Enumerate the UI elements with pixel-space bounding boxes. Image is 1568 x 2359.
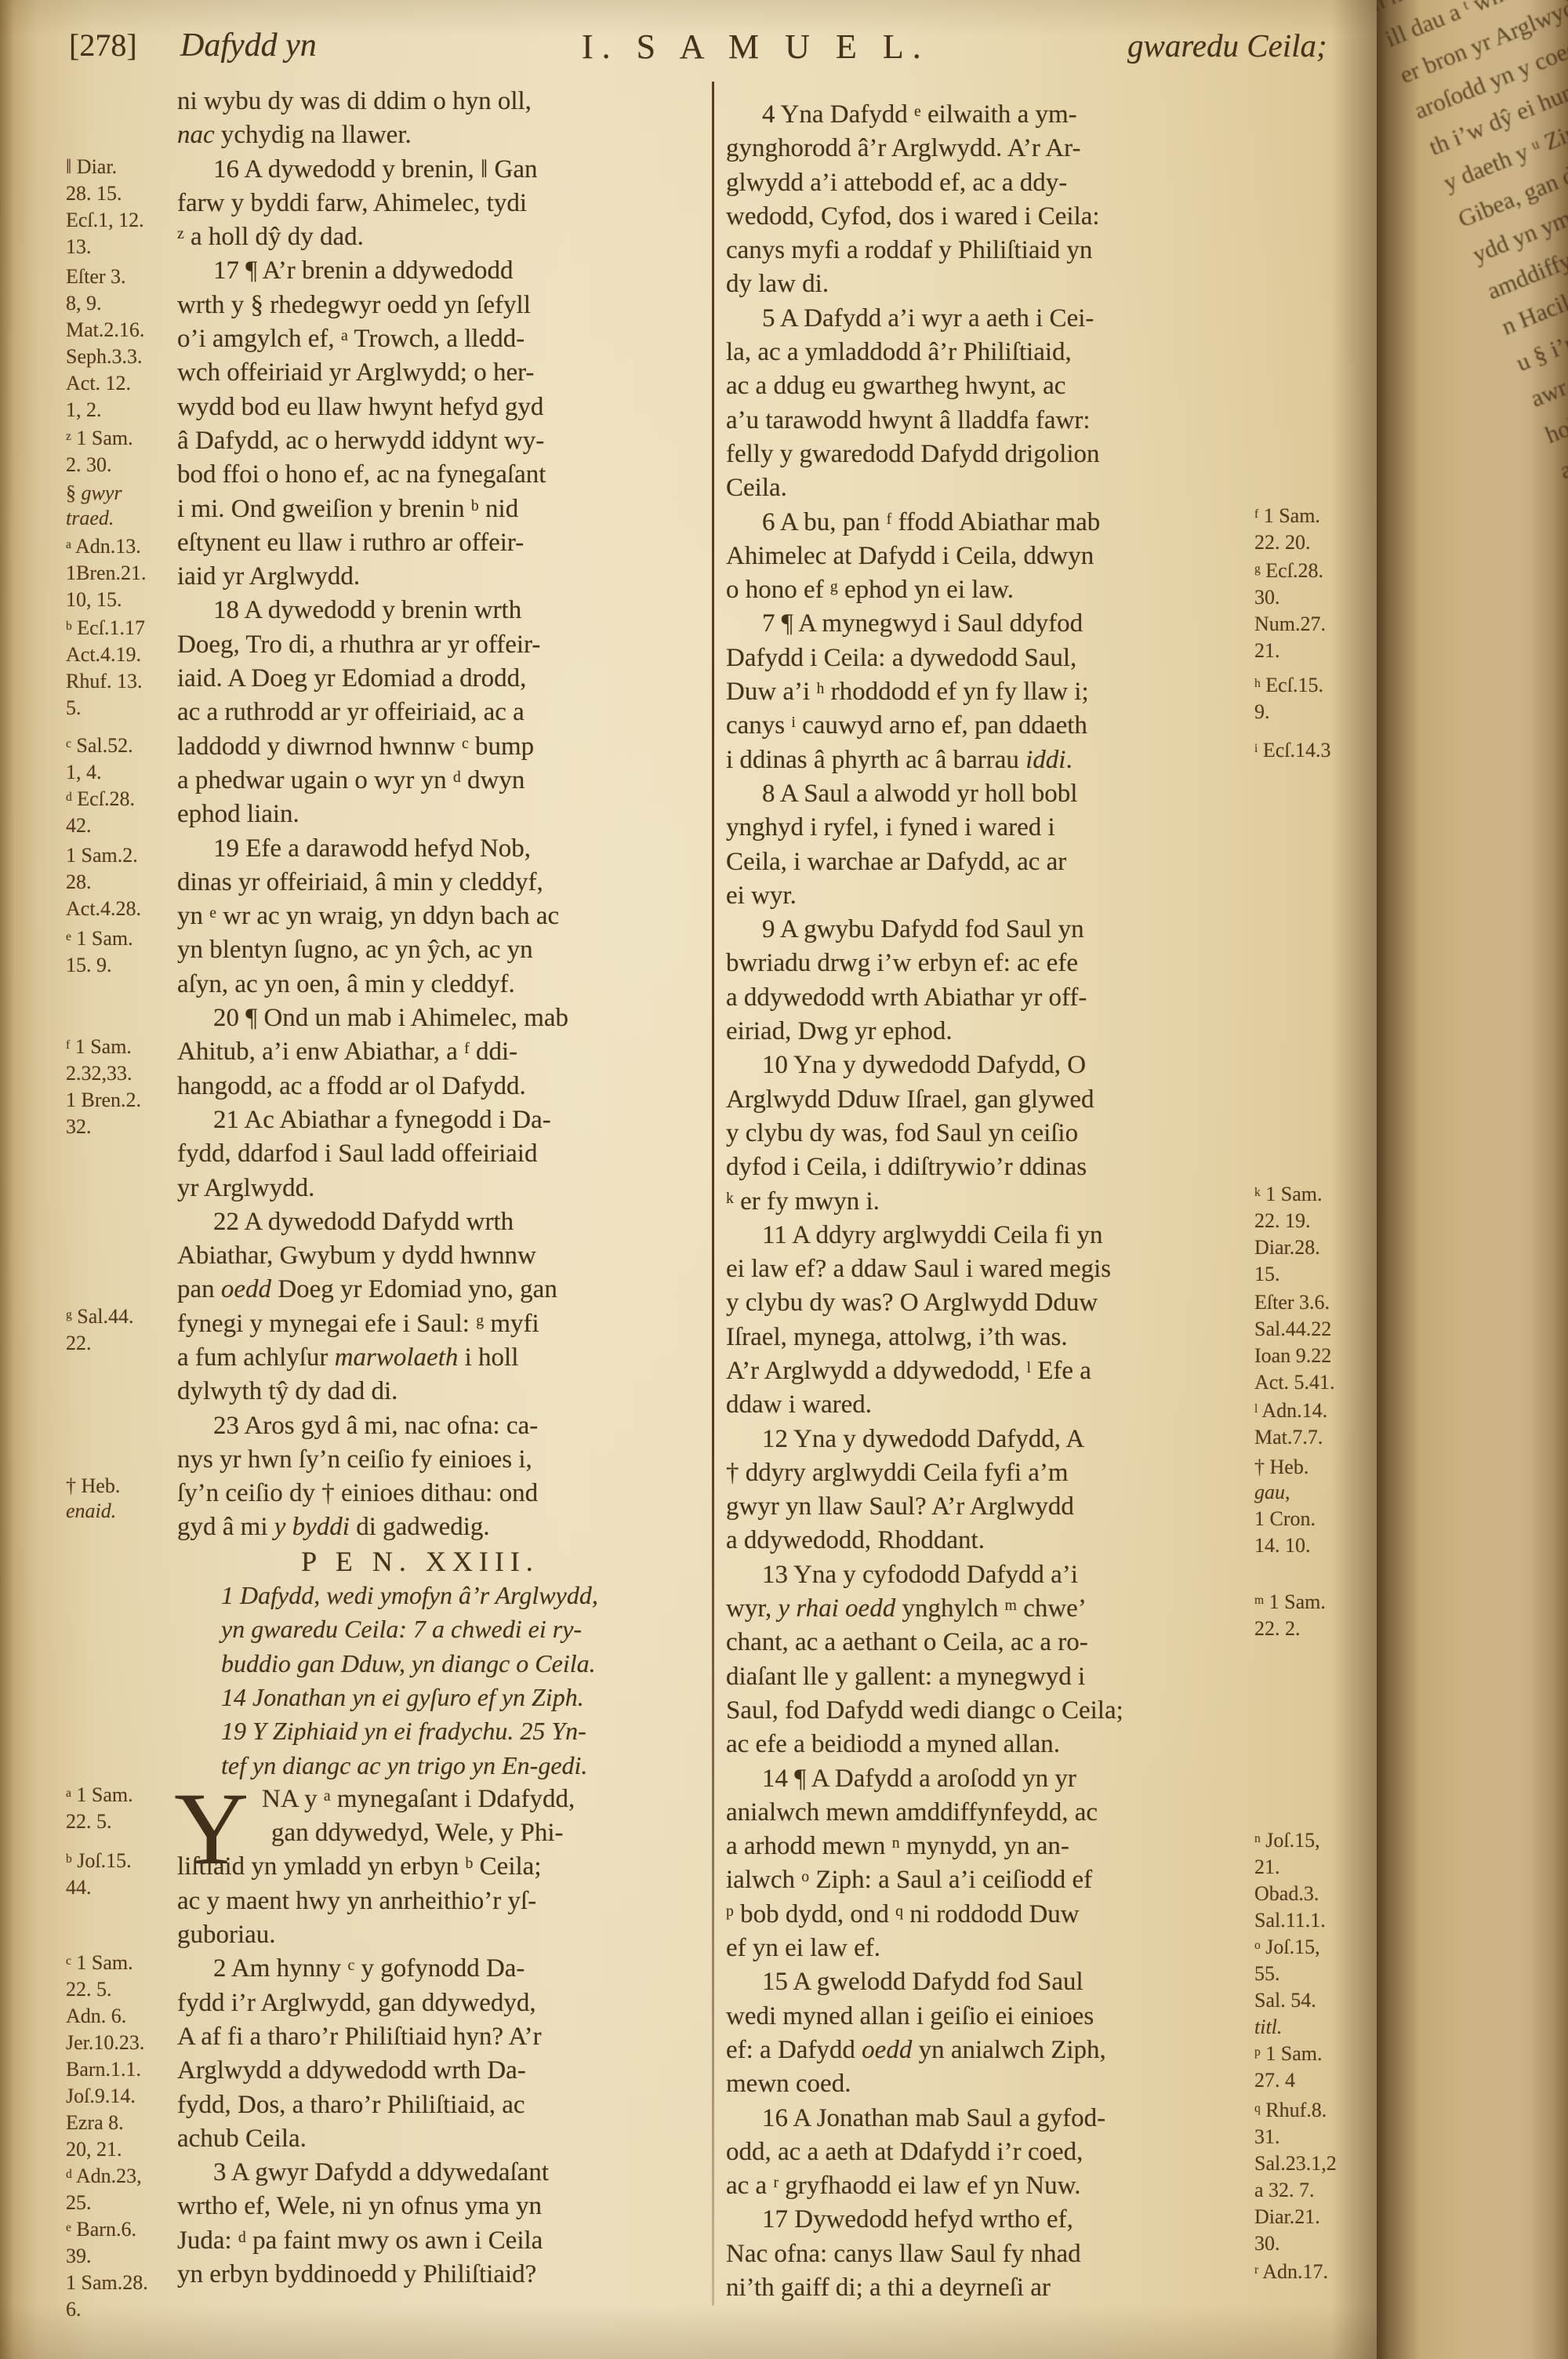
text-line: a arhodd mewn n mynydd, yn an-: [726, 1830, 1250, 1863]
margin-note: Joſ.9.14.: [66, 2086, 136, 2106]
text-line: chant, ac a aethant o Ceila, ac a ro-: [726, 1626, 1250, 1659]
text-line: â Dafydd, ac o herwydd iddynt wy-: [177, 424, 710, 458]
text-line: Ceila.: [726, 471, 1250, 505]
text-line: glwydd a’i attebodd ef, ac a ddy-: [726, 166, 1250, 200]
text-line: farw y byddi farw, Ahimelec, tydi: [177, 187, 710, 220]
margin-note: Jer.10.23.: [66, 2033, 144, 2053]
text-line: buddio gan Dduw, yn diangc o Ceila.: [177, 1647, 710, 1681]
text-line: 23 Aros gyd â mi, nac ofna: ca-: [177, 1409, 710, 1443]
margin-note: b Ecſ.1.17: [66, 618, 145, 638]
margin-note: 44.: [66, 1877, 92, 1898]
margin-note: f 1 Sam.: [66, 1037, 132, 1057]
text-line: wedodd, Cyfod, dos i wared i Ceila:: [726, 200, 1250, 234]
text-line: 2 Am hynny c y gofynodd Da-: [177, 1952, 710, 1986]
text-line: ef yn ei law ef.: [726, 1932, 1250, 1965]
margin-note: 2.32,33.: [66, 1063, 132, 1084]
text-line: a phedwar ugain o wyr yn d dwyn: [177, 764, 710, 798]
text-line: anialwch mewn amddiffynfeydd, ac: [726, 1796, 1250, 1830]
text-line: a ddywedodd, Rhoddant.: [726, 1524, 1250, 1558]
text-line: yn blentyn ſugno, ac yn ŷch, ac yn: [177, 933, 710, 967]
gutter-fold-shadow: [1331, 0, 1377, 2359]
margin-note: c 1 Sam.: [66, 1953, 133, 1973]
margin-note: h Ecſ.15.: [1254, 675, 1323, 696]
margin-note: o Joſ.15,: [1254, 1937, 1320, 1957]
margin-note: Act.4.28.: [66, 899, 141, 919]
text-line: ei wyr.: [726, 879, 1250, 913]
margin-note: 28.: [66, 872, 92, 892]
text-line: z a holl dŷ dy dad.: [177, 220, 710, 254]
text-line: yn e wr ac yn wraig, yn ddyn bach ac: [177, 900, 710, 933]
margin-note: 22. 2.: [1254, 1619, 1301, 1639]
text-line: ac a ruthrodd ar yr offeiriaid, ac a: [177, 696, 710, 729]
text-line: dy law di.: [726, 267, 1250, 301]
margin-note: c Sal.52.: [66, 736, 133, 756]
text-line: o hono ef g ephod yn ei law.: [726, 573, 1250, 607]
margin-note: Sal.44.22: [1254, 1319, 1331, 1339]
text-line: p bob dydd, ond q ni roddodd Duw: [726, 1898, 1250, 1932]
text-line: yn erbyn byddinoedd y Philiſtiaid?: [177, 2258, 710, 2292]
text-line: Arglwydd Dduw Iſrael, gan glywed: [726, 1083, 1250, 1117]
margin-note: 32.: [66, 1117, 92, 1137]
text-line: achub Ceila.: [177, 2122, 710, 2156]
text-line: wrtho ef, Wele, ni yn ofnus yma yn: [177, 2190, 710, 2223]
text-line: 4 Yna Dafydd e eilwaith a ym-: [726, 98, 1250, 132]
margin-note: Sal.23.1,2: [1254, 2154, 1337, 2174]
margin-note: 22. 5.: [66, 1812, 112, 1832]
margin-note: a 32. 7.: [1254, 2180, 1315, 2201]
text-line: 9 A gwybu Dafydd fod Saul yn: [726, 913, 1250, 947]
text-line: Juda: d pa faint mwy os awn i Ceila: [177, 2224, 710, 2258]
text-line: Ahimelec at Dafydd i Ceila, ddwyn: [726, 540, 1250, 573]
text-line: canys myfi a roddaf y Philiſtiaid yn: [726, 234, 1250, 267]
text-line: wedi myned allan i geiſio ei einioes: [726, 2000, 1250, 2034]
text-line: yn gwaredu Ceila: 7 a chwedi ei ry-: [177, 1612, 710, 1646]
margin-note: Ioan 9.22: [1254, 1346, 1331, 1366]
margin-note: 1, 2.: [66, 400, 102, 420]
text-line: wydd bod eu llaw hwynt hefyd gyd: [177, 391, 710, 424]
page-number: [278]: [69, 27, 137, 64]
text-line: ni’th gaiff di; a thi a deyrneſi ar: [726, 2271, 1250, 2305]
text-line: Dafydd i Ceila: a dywedodd Saul,: [726, 642, 1250, 675]
margin-note: q Rhuf.8.: [1254, 2100, 1327, 2121]
text-line: 7 ¶ A mynegwyd i Saul ddyfod: [726, 607, 1250, 641]
text-line: eſtynent eu llaw i ruthro ar offeir-: [177, 526, 710, 560]
text-line: ephod liain.: [177, 798, 710, 831]
margin-note: Act. 12.: [66, 373, 131, 394]
text-line: 1 Dafydd, wedi ymofyn â’r Arglwydd,: [177, 1579, 710, 1612]
text-line: 10 Yna y dywedodd Dafydd, O: [726, 1049, 1250, 1082]
margin-note: 2. 30.: [66, 455, 112, 475]
margin-note: 27. 4: [1254, 2070, 1295, 2091]
margin-note: 6.: [66, 2299, 82, 2320]
text-line: 14 ¶ A Dafydd a aroſodd yn yr: [726, 1762, 1250, 1796]
right-text-column: 4 Yna Dafydd e eilwaith a ym-gynghorodd …: [726, 98, 1250, 2305]
drop-cap-initial: Y: [174, 1777, 249, 1881]
text-line: Arglwydd a ddywedodd wrth Da-: [177, 2054, 710, 2088]
margin-note: Eſter 3.: [66, 267, 126, 287]
text-line: pan oedd Doeg yr Edomiad yno, gan: [177, 1273, 710, 1307]
margin-note: i Ecſ.14.3: [1254, 740, 1331, 761]
text-line: † ddyry arglwyddi Ceila fyfi a’m: [726, 1456, 1250, 1490]
margin-note: Eſter 3.6.: [1254, 1292, 1330, 1313]
margin-note: 13.: [66, 237, 92, 257]
margin-note: Diar.21.: [1254, 2207, 1320, 2227]
text-line: ni wybu dy was di ddim o hyn oll,: [177, 85, 710, 118]
text-line: 3 A gwyr Dafydd a ddywedaſant: [177, 2156, 710, 2190]
text-line: Ahitub, a’i enw Abiathar, a f ddi-: [177, 1035, 710, 1069]
text-line: odd, ac a aeth at Ddafydd i’r coed,: [726, 2135, 1250, 2169]
text-line: ſy’n ceiſio dy † einioes dithau: ond: [177, 1477, 710, 1510]
text-line: ei law ef? a ddaw Saul i wared megis: [726, 1252, 1250, 1286]
margin-note: 5.: [66, 698, 82, 718]
margin-note: m 1 Sam.: [1254, 1592, 1326, 1612]
text-line: y clybu dy was, fod Saul yn ceiſio: [726, 1117, 1250, 1150]
margin-note: Mat.7.7.: [1254, 1427, 1323, 1448]
text-line: ac a r gryfhaodd ei law ef yn Nuw.: [726, 2169, 1250, 2203]
margin-note: † Heb.: [1254, 1457, 1308, 1478]
text-line: laddodd y diwrnod hwnnw c bump: [177, 730, 710, 764]
text-line: dyfod i Ceila, i ddiſtrywio’r ddinas: [726, 1150, 1250, 1184]
margin-note: p 1 Sam.: [1254, 2044, 1323, 2064]
text-line: k er fy mwyn i.: [726, 1185, 1250, 1219]
text-line: canys i cauwyd arno ef, pan ddaeth: [726, 709, 1250, 743]
text-line: 6 A bu, pan f ffodd Abiathar mab: [726, 506, 1250, 540]
text-line: ynghyd i ryfel, i fyned i wared i: [726, 811, 1250, 845]
text-line: 19 Efe a darawodd hefyd Nob,: [177, 832, 710, 866]
text-line: 16 A Jonathan mab Saul a gyfod-: [726, 2102, 1250, 2135]
margin-note: 21.: [1254, 641, 1280, 661]
text-line: 17 ¶ A’r brenin a ddywedodd: [177, 254, 710, 288]
text-line: a’u tarawodd hwynt â lladdfa fawr:: [726, 404, 1250, 438]
text-line: wyr, y rhai oedd ynghylch m chwe’: [726, 1592, 1250, 1626]
margin-note: d Adn.23,: [66, 2166, 142, 2186]
running-title-left: Dafydd yn: [180, 27, 317, 64]
margin-note: g Sal.44.: [66, 1307, 134, 1327]
margin-note: 31.: [1254, 2127, 1280, 2147]
curl-shading: [1377, 0, 1568, 2359]
margin-note: b Joſ.15.: [66, 1851, 132, 1871]
book-photo: { "colors":{"paper":"#e8d9b6","paper_edg…: [0, 0, 1568, 2359]
margin-note: r Adn.17.: [1254, 2262, 1328, 2282]
margin-note: 39.: [66, 2246, 92, 2266]
book-title: I. S A M U E L.: [582, 27, 930, 67]
text-line: fydd, ddarfod i Saul ladd offeiriaid: [177, 1137, 710, 1171]
next-page-curl: Saul fyn hefyd.ill dau a t wnaethaer bro…: [1377, 0, 1568, 2359]
text-line: ddaw i wared.: [726, 1388, 1250, 1422]
margin-note: 10, 15.: [66, 590, 122, 610]
text-line: Doeg, Tro di, a rhuthra ar yr offeir-: [177, 628, 710, 662]
margin-note: Sal.11.1.: [1254, 1910, 1326, 1931]
margin-note: 25.: [66, 2193, 92, 2213]
text-line: la, ac a ymladdodd â’r Philiſtiaid,: [726, 336, 1250, 369]
text-line: 5 A Dafydd a’i wyr a aeth i Cei-: [726, 302, 1250, 336]
margin-note: Obad.3.: [1254, 1884, 1319, 1904]
text-line: 20 ¶ Ond un mab i Ahimelec, mab: [177, 1001, 710, 1035]
text-line: gan ddywedyd, Wele, y Phi-: [177, 1816, 710, 1850]
text-line: 8 A Saul a alwodd yr holl bobl: [726, 777, 1250, 811]
left-text-column: ni wybu dy was di ddim o hyn oll,nac ych…: [177, 85, 710, 2292]
text-line: a ddywedodd wrth Abiathar yr off-: [726, 981, 1250, 1015]
margin-note: 1 Sam.28.: [66, 2273, 148, 2293]
text-line: liſtiaid yn ymladd yn erbyn b Ceila;: [177, 1850, 710, 1884]
text-line: gwyr yn llaw Saul? A’r Arglwydd: [726, 1490, 1250, 1524]
margin-note: Adn. 6.: [66, 2006, 126, 2026]
text-line: Saul, fod Dafydd wedi diangc o Ceila;: [726, 1694, 1250, 1728]
text-line: yr Arglwydd.: [177, 1172, 710, 1205]
text-line: dylwyth tŷ dy dad di.: [177, 1375, 710, 1408]
margin-note: 15. 9.: [66, 955, 112, 976]
text-line: ac a ddug eu gwartheg hwynt, ac: [726, 369, 1250, 403]
margin-note: 30.: [1254, 587, 1280, 608]
text-line: diaſant lle y gallent: a mynegwyd i: [726, 1660, 1250, 1694]
margin-note: d Ecſ.28.: [66, 789, 135, 809]
margin-note: a Adn.13.: [66, 536, 141, 557]
margin-note: enaid.: [66, 1501, 116, 1521]
text-line: 12 Yna y dywedodd Dafydd, A: [726, 1423, 1250, 1456]
text-line: guboriau.: [177, 1918, 710, 1952]
margin-note: g Ecſ.28.: [1254, 561, 1323, 581]
margin-note: 1Bren.21.: [66, 563, 147, 583]
book-page: [278] Dafydd yn I. S A M U E L. gwaredu …: [0, 0, 1568, 2359]
text-line: Nac ofna: canys llaw Saul fy nhad: [726, 2237, 1250, 2271]
text-line: Duw a’i h rhoddodd ef yn fy llaw i;: [726, 675, 1250, 709]
text-line: 13 Yna y cyfododd Dafydd a’i: [726, 1558, 1250, 1592]
margin-note: a 1 Sam.: [66, 1785, 133, 1805]
margin-note: 30.: [1254, 2234, 1280, 2254]
margin-note: § gwyr: [66, 483, 122, 503]
margin-note: 22. 20.: [1254, 533, 1311, 553]
text-line: nac ychydig na llawer.: [177, 118, 710, 152]
text-line: ac y maent hwy yn anrheithio’r yſ-: [177, 1885, 710, 1918]
margin-note: Num.27.: [1254, 614, 1326, 634]
text-line: dinas yr offeiriaid, â min y cleddyf,: [177, 866, 710, 900]
margin-note: e Barn.6.: [66, 2219, 136, 2240]
running-title-right: gwaredu Ceila;: [1127, 27, 1327, 64]
text-line: Abiathar, Gwybum y dydd hwnnw: [177, 1239, 710, 1273]
margin-note: Sal. 54.: [1254, 1990, 1316, 2011]
text-line: y clybu dy was? O Arglwydd Dduw: [726, 1286, 1250, 1320]
margin-note: k 1 Sam.: [1254, 1184, 1323, 1205]
text-line: 17 Dywedodd hefyd wrtho ef,: [726, 2203, 1250, 2237]
text-line: gyd â mi y byddi di gadwedig.: [177, 1510, 710, 1544]
margin-note: ‖ Diar.: [66, 157, 117, 177]
margin-note: 1 Sam.2.: [66, 845, 138, 866]
margin-note: Ezra 8.: [66, 2113, 124, 2133]
margin-note: 1 Bren.2.: [66, 1090, 141, 1110]
margin-note: 22. 5.: [66, 1979, 112, 2000]
text-line: 16 A dywedodd y brenin, ‖ Gan: [177, 153, 710, 187]
margin-note: 15.: [1254, 1264, 1280, 1285]
margin-note: 9.: [1254, 702, 1270, 722]
text-line: A’r Arglwydd a ddywedodd, l Efe a: [726, 1354, 1250, 1388]
margin-note: 8, 9.: [66, 293, 102, 314]
margin-note: 42.: [66, 816, 92, 836]
margin-note: Rhuf. 13.: [66, 671, 143, 692]
text-line: Ceila, i warchae ar Dafydd, ac ar: [726, 845, 1250, 879]
text-line: ialwch o Ziph: a Saul a’i ceiſiodd ef: [726, 1863, 1250, 1897]
margin-note: Mat.2.16.: [66, 320, 144, 340]
text-line: 11 A ddyry arglwyddi Ceila fi yn: [726, 1219, 1250, 1252]
margin-note: Seph.3.3.: [66, 347, 143, 367]
text-line: nys yr hwn ſy’n ceiſio fy einioes i,: [177, 1443, 710, 1477]
text-line: bod ffoi o hono ef, ac na fynegaſant: [177, 458, 710, 492]
text-line: i mi. Ond gweiſion y brenin b nid: [177, 493, 710, 526]
text-line: o’i amgylch ef, a Trowch, a lledd-: [177, 322, 710, 356]
margin-note: f 1 Sam.: [1254, 506, 1320, 526]
text-line: 21 Ac Abiathar a fynegodd i Da-: [177, 1103, 710, 1137]
text-line: 19 Y Ziphiaid yn ei fradychu. 25 Yn-: [177, 1714, 710, 1748]
text-line: fydd, Dos, a tharo’r Philiſtiaid, ac: [177, 2088, 710, 2122]
margin-note: 55.: [1254, 1964, 1280, 1984]
margin-note: z 1 Sam.: [66, 428, 133, 449]
text-line: tef yn diangc ac yn trigo yn En-gedi.: [177, 1749, 710, 1783]
margin-note: titl.: [1254, 2017, 1282, 2037]
margin-note: Diar.28.: [1254, 1238, 1320, 1258]
margin-note: 21.: [1254, 1857, 1280, 1877]
text-line: 15 A gwelodd Dafydd fod Saul: [726, 1965, 1250, 1999]
text-line: fydd i’r Arglwydd, gan ddywedyd,: [177, 1986, 710, 2020]
margin-note: 1 Cron.: [1254, 1509, 1316, 1529]
text-line: a fum achlyſur marwolaeth i holl: [177, 1341, 710, 1375]
text-line: Iſrael, mynega, attolwg, i’th was.: [726, 1321, 1250, 1354]
margin-note: Barn.1.1.: [66, 2059, 141, 2080]
text-line: mewn coed.: [726, 2067, 1250, 2101]
text-line: wrth y § rhedegwyr oedd yn ſefyll: [177, 289, 710, 322]
margin-note: l Adn.14.: [1254, 1401, 1327, 1421]
text-line: 14 Jonathan yn ei gyſuro ef yn Ziph.: [177, 1681, 710, 1714]
margin-note: 22. 19.: [1254, 1211, 1311, 1231]
text-line: gynghorodd â’r Arglwydd. A’r Ar-: [726, 132, 1250, 165]
text-line: eiriad, Dwg yr ephod.: [726, 1015, 1250, 1049]
text-line: bwriadu drwg i’w erbyn ef: ac efe: [726, 947, 1250, 980]
margin-note: 28. 15.: [66, 184, 122, 204]
margin-note: n Joſ.15,: [1254, 1830, 1320, 1851]
text-line: 22 A dywedodd Dafydd wrth: [177, 1205, 710, 1239]
text-line: P E N. XXIII.: [177, 1545, 710, 1579]
margin-note: † Heb.: [66, 1476, 120, 1496]
text-line: ac efe a beidiodd a myned allan.: [726, 1728, 1250, 1761]
text-line: fynegi y mynegai efe i Saul: g myfi: [177, 1307, 710, 1341]
margin-note: Act.4.19.: [66, 645, 141, 665]
margin-note: 20, 21.: [66, 2139, 122, 2160]
text-line: A af fi a tharo’r Philiſtiaid hyn? A’r: [177, 2020, 710, 2054]
margin-note: traed.: [66, 508, 114, 529]
margin-note: 14. 10.: [1254, 1536, 1311, 1556]
margin-note: Ecſ.1, 12.: [66, 210, 144, 231]
text-line: hangodd, ac a ffodd ar ol Dafydd.: [177, 1070, 710, 1103]
text-line: aſyn, ac yn oen, â min y cleddyf.: [177, 968, 710, 1001]
text-line: iaid yr Arglwydd.: [177, 560, 710, 594]
margin-note: Act. 5.41.: [1254, 1372, 1335, 1393]
text-line: wch offeiriaid yr Arglwydd; o her-: [177, 356, 710, 390]
text-line: iaid. A Doeg yr Edomiad a drodd,: [177, 662, 710, 696]
text-line: 18 A dywedodd y brenin wrth: [177, 594, 710, 627]
margin-note: 22.: [66, 1333, 92, 1354]
text-line: felly y gwaredodd Dafydd drigolion: [726, 438, 1250, 471]
margin-note: e 1 Sam.: [66, 929, 133, 949]
margin-note: gau,: [1254, 1482, 1290, 1503]
text-line: ef: a Dafydd oedd yn anialwch Ziph,: [726, 2034, 1250, 2067]
text-line: i ddinas â phyrth ac â barrau iddi.: [726, 743, 1250, 777]
text-line: NA y a mynegaſant i Ddafydd,: [177, 1783, 710, 1816]
column-divider-rule: [712, 82, 714, 2306]
margin-note: 1, 4.: [66, 762, 102, 783]
